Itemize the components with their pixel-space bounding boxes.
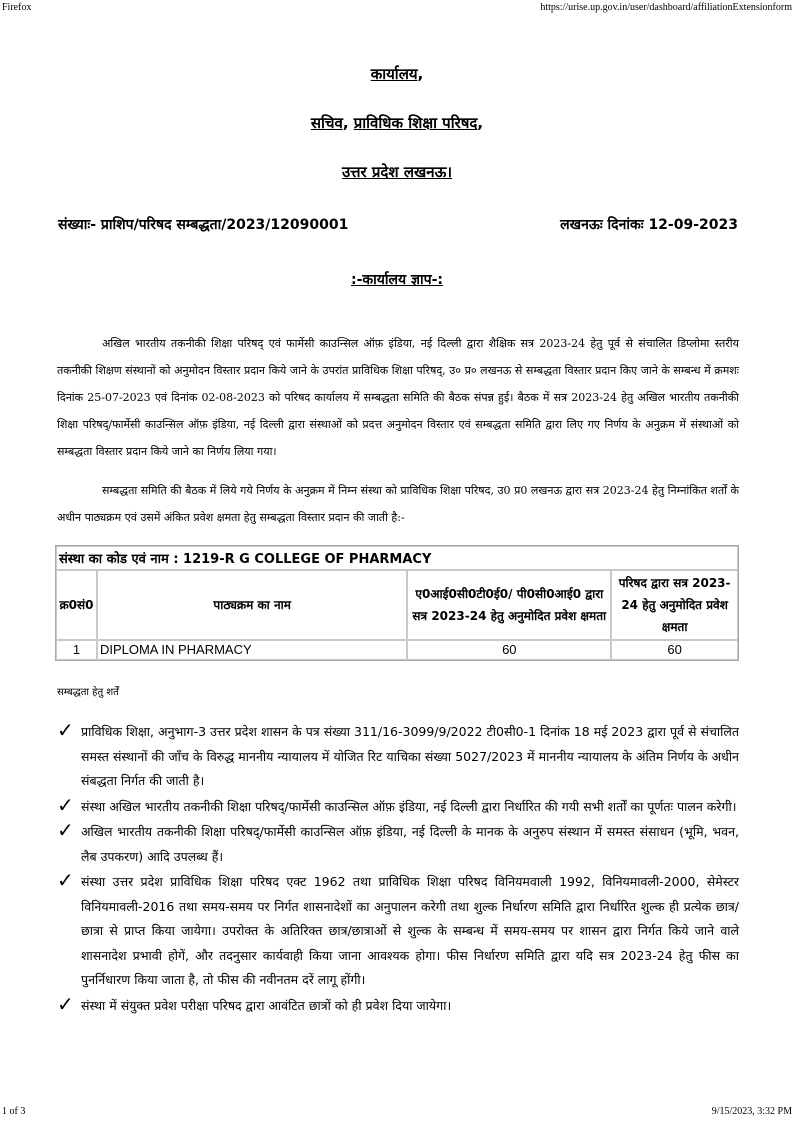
memo-title: :-कार्यालय ज्ञाप-: (0, 270, 794, 289)
paragraph-1: अखिल भारतीय तकनीकी शिक्षा परिषद् एवं फार… (57, 330, 739, 465)
header-course: पाठ्यक्रम का नाम (97, 570, 407, 640)
cell-council-capacity: 60 (611, 640, 738, 660)
institution-title: संस्था का कोड एवं नाम : 1219-R G COLLEGE… (56, 546, 738, 570)
board-name: प्राविधिक शिक्षा परिषद (354, 114, 478, 132)
secretary-text: सचिव (311, 114, 343, 132)
letterhead-office: कार्यालय, (0, 64, 794, 84)
condition-item: ✓ संस्था में संयुक्त प्रवेश परीक्षा परिष… (57, 994, 739, 1019)
paragraph-2: सम्बद्धता समिति की बैठक में लिये गये निर… (57, 477, 739, 531)
cell-aicte-capacity: 60 (407, 640, 611, 660)
reference-date: लखनऊः दिनांकः 12-09-2023 (560, 215, 738, 234)
header-council-capacity: परिषद द्वारा सत्र 2023-24 हेतु अनुमोदित … (611, 570, 738, 640)
page-url: https://urise.up.gov.in/user/dashboard/a… (540, 2, 792, 13)
condition-item: ✓ प्राविधिक शिक्षा, अनुभाग-3 उत्तर प्रदे… (57, 720, 739, 794)
condition-text: अखिल भारतीय तकनीकी शिक्षा परिषद्/फार्मेस… (81, 824, 739, 864)
letterhead-secretary: सचिव, प्राविधिक शिक्षा परिषद, (0, 113, 794, 133)
memo-title-text: :-कार्यालय ज्ञाप-: (351, 272, 443, 288)
print-footer: 1 of 3 9/15/2023, 3:32 PM (0, 1106, 794, 1120)
condition-item: ✓ संस्था उत्तर प्रदेश प्राविधिक शिक्षा प… (57, 870, 739, 993)
table-row: 1 DIPLOMA IN PHARMACY 60 60 (56, 640, 738, 660)
check-icon: ✓ (57, 718, 74, 743)
condition-item: ✓ संस्था अखिल भारतीय तकनीकी शिक्षा परिषद… (57, 795, 739, 820)
letterhead-location: उत्तर प्रदेश लखनऊ। (0, 162, 794, 182)
condition-text: प्राविधिक शिक्षा, अनुभाग-3 उत्तर प्रदेश … (81, 724, 739, 788)
print-header: Firefox https://urise.up.gov.in/user/das… (0, 2, 794, 16)
conditions-title: सम्बद्धता हेतु शर्तें (57, 684, 119, 698)
condition-item: ✓ अखिल भारतीय तकनीकी शिक्षा परिषद्/फार्म… (57, 820, 739, 869)
check-icon: ✓ (57, 992, 74, 1017)
cell-course: DIPLOMA IN PHARMACY (97, 640, 407, 660)
check-icon: ✓ (57, 793, 74, 818)
condition-text: संस्था अखिल भारतीय तकनीकी शिक्षा परिषद्/… (81, 799, 737, 814)
page-counter: 1 of 3 (2, 1106, 25, 1117)
reference-number: संख्याः- प्राशिप/परिषद सम्बद्धता/2023/12… (58, 215, 348, 234)
check-icon: ✓ (57, 818, 74, 843)
condition-text: संस्था में संयुक्त प्रवेश परीक्षा परिषद … (81, 998, 451, 1013)
print-datetime: 9/15/2023, 3:32 PM (712, 1106, 792, 1117)
header-aicte-capacity: ए0आई0सी0टी0ई0/ पी0सी0आई0 द्वारा सत्र 202… (407, 570, 611, 640)
header-serial: क्र0सं0 (56, 570, 97, 640)
reference-line: संख्याः- प्राशिप/परिषद सम्बद्धता/2023/12… (58, 215, 738, 237)
check-icon: ✓ (57, 868, 74, 893)
cell-serial: 1 (56, 640, 97, 660)
location-text: उत्तर प्रदेश लखनऊ। (342, 163, 452, 181)
browser-name: Firefox (2, 2, 31, 13)
conditions-list: ✓ प्राविधिक शिक्षा, अनुभाग-3 उत्तर प्रदे… (57, 720, 739, 1019)
office-text: कार्यालय (371, 65, 418, 83)
condition-text: संस्था उत्तर प्रदेश प्राविधिक शिक्षा परि… (81, 874, 739, 987)
institution-table: संस्था का कोड एवं नाम : 1219-R G COLLEGE… (55, 545, 739, 661)
